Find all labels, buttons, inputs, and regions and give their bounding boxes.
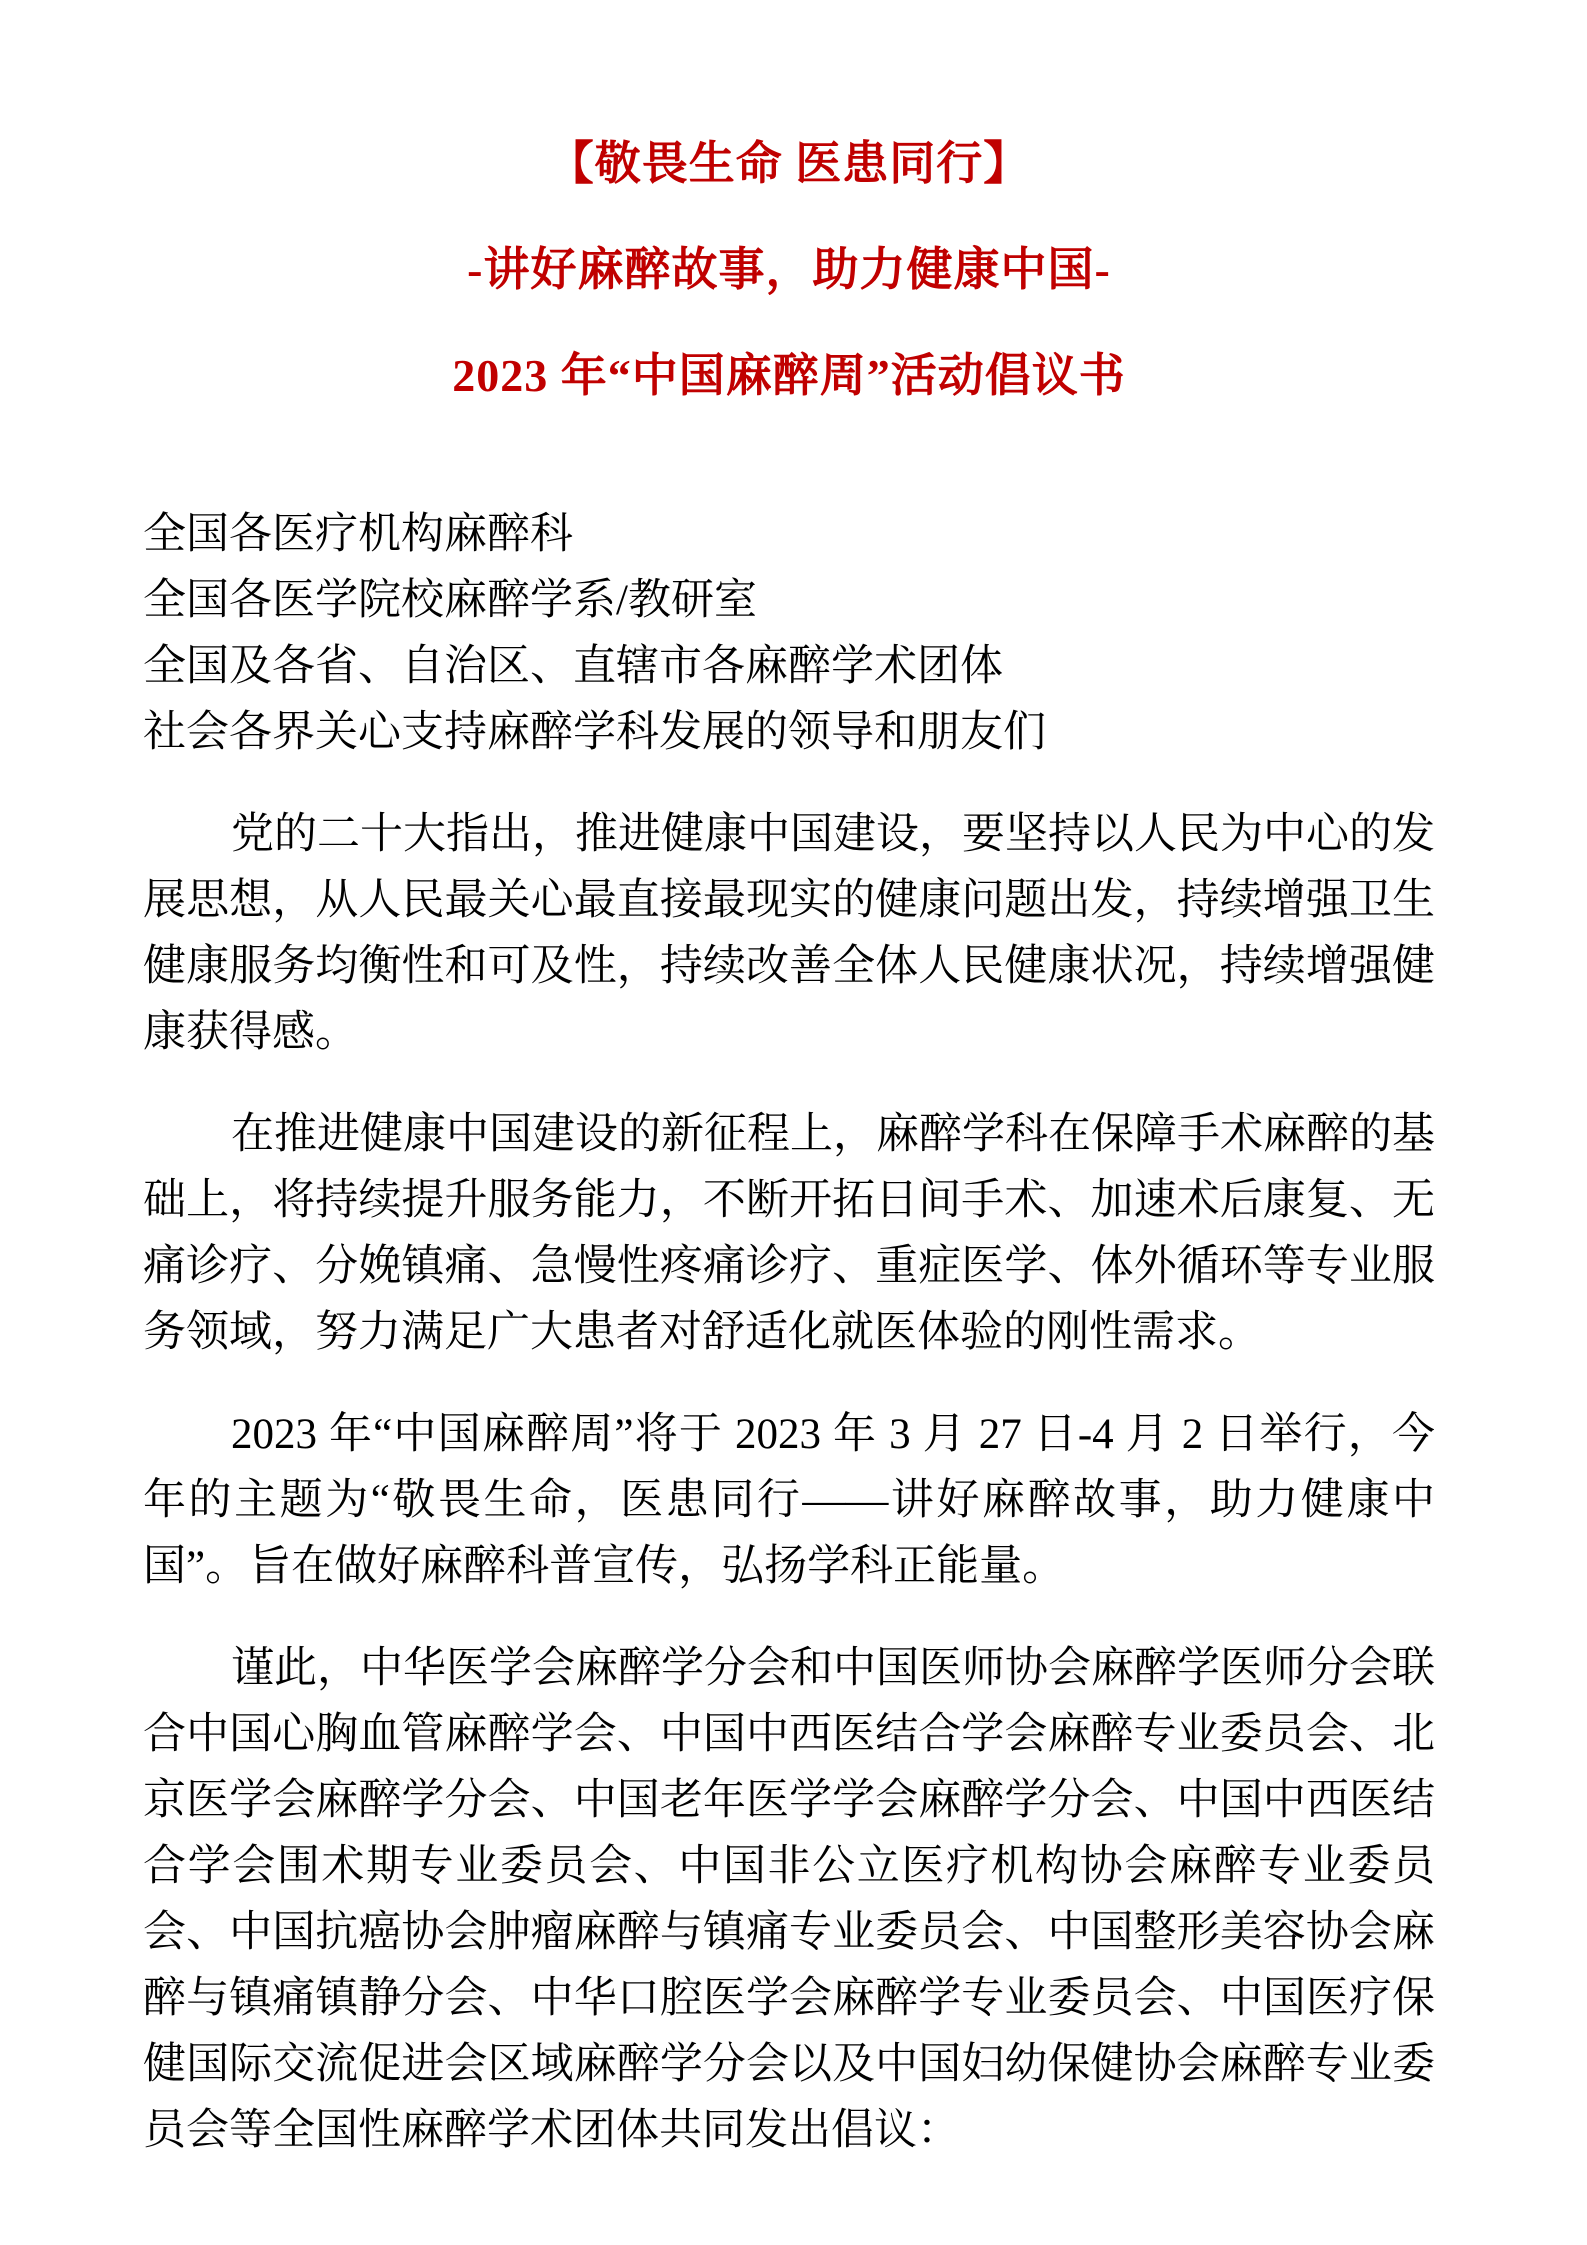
recipient-line-3: 全国及各省、自治区、直辖市各麻醉学术团体 (143, 634, 1435, 700)
doc-subtitle: -讲好麻醉故事，助力健康中国- (143, 246, 1435, 294)
paragraph-1: 党的二十大指出，推进健康中国建设，要坚持以人民为中心的发展思想，从人民最关心最直… (143, 802, 1435, 1066)
document-page: 【敬畏生命 医患同行】 -讲好麻醉故事，助力健康中国- 2023 年“中国麻醉周… (0, 0, 1587, 2245)
paragraph-2: 在推进健康中国建设的新征程上，麻醉学科在保障手术麻醉的基础上，将持续提升服务能力… (143, 1102, 1435, 1366)
paragraph-3: 2023 年“中国麻醉周”将于 2023 年 3 月 27 日-4 月 2 日举… (143, 1402, 1435, 1600)
recipient-line-1: 全国各医疗机构麻醉科 (143, 502, 1435, 568)
doc-title-main: 【敬畏生命 医患同行】 (143, 140, 1435, 188)
recipient-line-4: 社会各界关心支持麻醉学科发展的领导和朋友们 (143, 700, 1435, 766)
recipient-line-2: 全国各医学院校麻醉学系/教研室 (143, 568, 1435, 634)
doc-event-title: 2023 年“中国麻醉周”活动倡议书 (143, 352, 1435, 400)
paragraph-4: 谨此，中华医学会麻醉学分会和中国医师协会麻醉学医师分会联合中国心胸血管麻醉学会、… (143, 1636, 1435, 2164)
recipient-list: 全国各医疗机构麻醉科 全国各医学院校麻醉学系/教研室 全国及各省、自治区、直辖市… (143, 502, 1435, 766)
